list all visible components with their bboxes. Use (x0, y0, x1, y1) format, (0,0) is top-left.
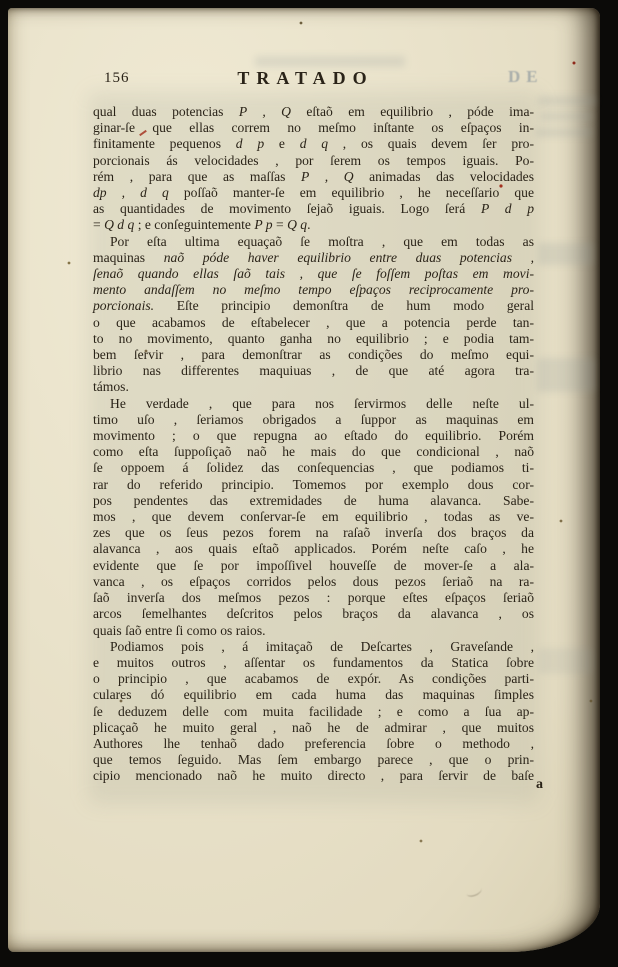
text-line: vanca , os eſpaços corridos pelos dous p… (93, 574, 534, 590)
text-line: o principio , que acabamos de expór. As … (93, 671, 534, 687)
text-line: rém , para que as maſſas P , Q animadas … (93, 169, 534, 185)
text-line: ſe oppoem á ſolidez das conſequencias , … (93, 460, 534, 476)
text-segment: e muitos outros , aſſentar os fundamento… (93, 655, 534, 670)
text-segment: alavanca , aos quais eſtaõ applicados. P… (93, 541, 534, 556)
text-line: to no movimento, quanto ganha no equilib… (93, 331, 534, 347)
text-segment: He verdade , que para nos ſervirmos dell… (110, 396, 534, 411)
text-line: rar do referido principio. Tomemos por e… (93, 477, 534, 493)
text-line: zes que os ſeus pezos forem na raſaõ inv… (93, 525, 534, 541)
text-line: finitamente pequenos d p e d q , os quai… (93, 136, 534, 152)
text-segment: Podiamos pois , á imitaçaõ de Deſcartes … (110, 639, 534, 654)
text-segment: o principio , que acabamos de expór. As … (93, 671, 534, 686)
italic-text-segment: d q (300, 136, 328, 151)
text-segment: quais ſaõ entre ſi como os raios. (93, 623, 266, 638)
ghost-smudge (540, 112, 592, 121)
text-segment: como eſta ſuppoſiçaõ naõ he mais do que … (93, 444, 534, 459)
text-segment: pos pendentes das extremidades de huma a… (93, 493, 534, 508)
text-segment: Eſte principio demonſtra de hum modo ger… (154, 298, 534, 313)
text-line: pos pendentes das extremidades de huma a… (93, 493, 534, 509)
text-line: Por eſta ultima equaçaõ ſe moſtra , que … (93, 234, 534, 250)
text-line: mos , que devem conſervar-ſe em equilibr… (93, 509, 534, 525)
text-line: cipio mencionado naõ he muito directo , … (93, 768, 534, 784)
running-title: TRATADO (85, 68, 526, 89)
italic-text-segment: P , Q (239, 104, 291, 119)
text-segment: arcos ſemelhantes deſcritos pelos braços… (93, 606, 534, 621)
text-segment: . (307, 217, 310, 232)
ghost-smudge (538, 648, 592, 674)
text-segment: támos. (93, 379, 129, 394)
italic-text-segment: Q d q (104, 217, 134, 232)
text-segment: porcionais ás velocidades , por ſerem os… (93, 153, 534, 168)
italic-text-segment: P d p (481, 201, 534, 216)
text-segment: finitamente pequenos (93, 136, 236, 151)
text-segment: e (264, 136, 300, 151)
text-segment: = (93, 217, 104, 232)
text-segment: o que acabamos de eſtabelecer , que a po… (93, 315, 534, 330)
text-line: ſenaõ quando ellas ſaõ tais , que ſe foſ… (93, 266, 534, 282)
text-segment: timo uſo , ſeriamos obrigados a ſuppor a… (93, 412, 534, 427)
text-segment: cipio mencionado naõ he muito directo , … (93, 768, 534, 783)
ghost-smudge (538, 96, 596, 106)
ghost-smudge (536, 128, 592, 137)
text-line: as quantidades de movimento ſejaõ iguais… (93, 201, 534, 217)
text-line: Podiamos pois , á imitaçaõ de Deſcartes … (93, 639, 534, 655)
text-segment: rém , para que as maſſas (93, 169, 301, 184)
text-line: evidente que ſe por impoſſivel houveſſe … (93, 558, 534, 574)
text-line: támos. (93, 379, 534, 395)
text-segment: qual duas potencias (93, 104, 239, 119)
text-segment: Authores lhe tenhaõ dado preferencia ſob… (93, 736, 534, 751)
text-line: Authores lhe tenhaõ dado preferencia ſob… (93, 736, 534, 752)
text-segment: ginar-ſe que ellas correm no meſmo inſta… (93, 120, 534, 135)
text-line: = Q d q ; e conſeguintemente P p = Q q. (93, 217, 534, 233)
scan-background: DE 156 TRATADO qual duas potencias P , Q… (0, 0, 618, 967)
text-line: mento andaſſem no meſmo tempo eſpaços re… (93, 282, 534, 298)
catchword: a (536, 777, 543, 793)
text-line: como eſta ſuppoſiçaõ naõ he mais do que … (93, 444, 534, 460)
text-line: maquinas naõ póde haver equilibrio entre… (93, 250, 534, 266)
italic-text-segment: d p (236, 136, 264, 151)
text-block: qual duas potencias P , Q eſtaõ em equil… (93, 104, 534, 785)
ghost-smudge (255, 56, 405, 67)
text-segment: ſe oppoem á ſolidez das conſequencias , … (93, 460, 534, 475)
ghost-smudge (538, 243, 593, 265)
text-line: culares dó equilibrio em cada huma das m… (93, 687, 534, 703)
text-segment: vanca , os eſpaços corridos pelos dous p… (93, 574, 534, 589)
text-segment: culares dó equilibrio em cada huma das m… (93, 687, 534, 702)
text-line: movimento ; o que repugna ao eſtado do e… (93, 428, 534, 444)
text-line: dp , d q poſſaõ manter-ſe em equilibrio … (93, 185, 534, 201)
text-segment: maquinas (93, 250, 164, 265)
text-segment: ſaõ inverſa dos meſmos pezos : porque eſ… (93, 590, 534, 605)
text-segment: librio nas differentes maquiuas , de que… (93, 363, 534, 378)
text-segment: rar do referido principio. Tomemos por e… (93, 477, 534, 492)
italic-text-segment: naõ póde haver equilibrio entre duas pot… (164, 250, 534, 265)
text-line: quais ſaõ entre ſi como os raios. (93, 623, 534, 639)
text-line: porcionais. Eſte principio demonſtra de … (93, 298, 534, 314)
text-line: o que acabamos de eſtabelecer , que a po… (93, 315, 534, 331)
text-segment: as quantidades de movimento ſejaõ iguais… (93, 201, 481, 216)
text-segment: , os quais devem ſer pro- (328, 136, 534, 151)
text-segment: ; e conſeguintemente (134, 217, 254, 232)
italic-text-segment: P , Q (301, 169, 354, 184)
italic-text-segment: dp , d q (93, 185, 169, 200)
text-segment: mos , que devem conſervar-ſe em equilibr… (93, 509, 534, 524)
italic-text-segment: P p (254, 217, 272, 232)
italic-text-segment: ſenaõ quando ellas ſaõ tais , que ſe foſ… (93, 266, 534, 281)
italic-text-segment: mento andaſſem no meſmo tempo eſpaços re… (93, 282, 534, 297)
text-segment: eſtaõ em equilibrio , póde ima- (291, 104, 534, 119)
text-line: e muitos outros , aſſentar os fundamento… (93, 655, 534, 671)
text-line: bem ſervir , para demonſtrar as condiçõe… (93, 347, 534, 363)
text-segment: Por eſta ultima equaçaõ ſe moſtra , que … (110, 234, 534, 249)
text-segment: plicaçaõ he muito geral , naõ he de admi… (93, 720, 534, 735)
ghost-smudge (537, 358, 595, 392)
text-line: porcionais ás velocidades , por ſerem os… (93, 153, 534, 169)
text-segment: movimento ; o que repugna ao eſtado do e… (93, 428, 534, 443)
text-segment: zes que os ſeus pezos forem na raſaõ inv… (93, 525, 534, 540)
text-line: ſaõ inverſa dos meſmos pezos : porque eſ… (93, 590, 534, 606)
text-segment: animadas das velocidades (354, 169, 534, 184)
text-segment: poſſaõ manter-ſe em equilibrio , he nece… (169, 185, 534, 200)
italic-text-segment: porcionais. (93, 298, 154, 313)
italic-text-segment: Q q (287, 217, 307, 232)
text-segment: = (273, 217, 287, 232)
text-segment: ſe deduzem delle com muita facilidade ; … (93, 704, 534, 719)
text-line: He verdade , que para nos ſervirmos dell… (93, 396, 534, 412)
text-line: qual duas potencias P , Q eſtaõ em equil… (93, 104, 534, 120)
text-segment: to no movimento, quanto ganha no equilib… (93, 331, 534, 346)
text-line: que temos ſeguido. Mas ſem embargo parec… (93, 752, 534, 768)
paper-specks (0, 0, 2, 2)
text-segment: evidente que ſe por impoſſivel houveſſe … (93, 558, 534, 573)
text-line: arcos ſemelhantes deſcritos pelos braços… (93, 606, 534, 622)
text-line: plicaçaõ he muito geral , naõ he de admi… (93, 720, 534, 736)
text-line: timo uſo , ſeriamos obrigados a ſuppor a… (93, 412, 534, 428)
text-segment: bem ſervir , para demonſtrar as condiçõe… (93, 347, 534, 362)
text-line: alavanca , aos quais eſtaõ applicados. P… (93, 541, 534, 557)
text-line: ginar-ſe que ellas correm no meſmo inſta… (93, 120, 534, 136)
text-segment: que temos ſeguido. Mas ſem embargo parec… (93, 752, 534, 767)
text-line: librio nas differentes maquiuas , de que… (93, 363, 534, 379)
text-line: ſe deduzem delle com muita facilidade ; … (93, 704, 534, 720)
